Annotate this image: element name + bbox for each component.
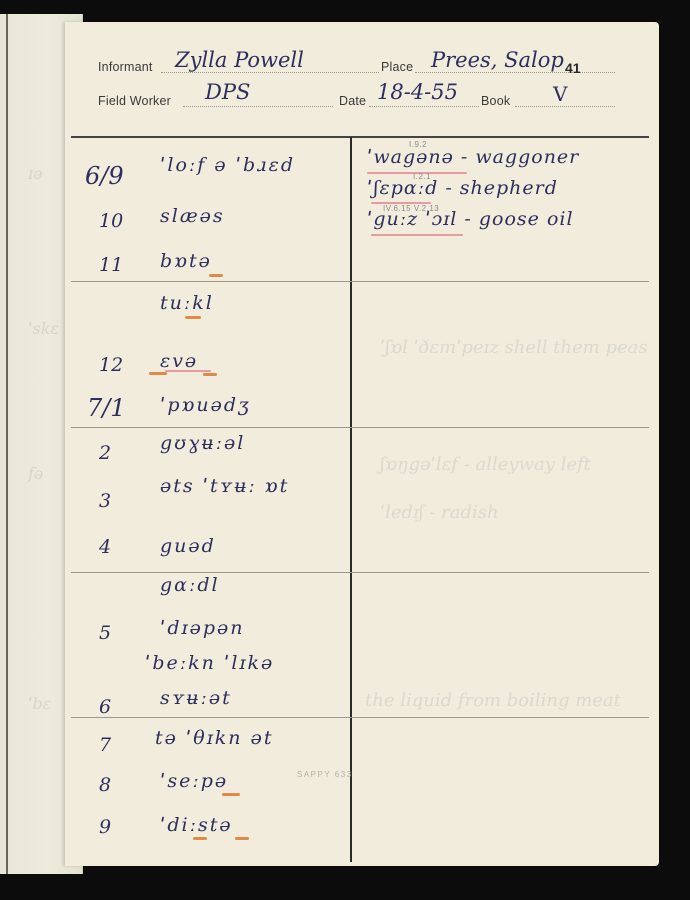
date-line — [369, 106, 479, 107]
note-line: ˈʃɛpɑːd - shepherd — [367, 177, 558, 199]
entry-transcription: ˈpɒuədʒ — [160, 394, 251, 416]
orange-underline — [185, 316, 201, 319]
header-divider — [71, 136, 649, 138]
pink-underline — [165, 370, 211, 372]
entry-number: 3 — [99, 490, 111, 512]
entry-number: 12 — [99, 354, 123, 376]
show-through-text: ɪə — [28, 164, 43, 183]
show-through-text: the liquid from boiling meat — [365, 690, 621, 711]
entry-number: 8 — [99, 774, 111, 796]
note-line: ˈwagənə - waggoner — [367, 146, 579, 168]
entry-transcription: guəd — [160, 535, 216, 557]
entry-transcription: ˈseːpə — [160, 770, 228, 792]
entry-transcription: ˈbeːkn ˈlɪkə — [145, 652, 274, 674]
entry-transcription: ˈdiːstə — [160, 814, 233, 836]
faint-stamp: SAPPY 633 — [297, 770, 353, 779]
field-worker-value: DPS — [205, 80, 250, 104]
notebook-page: Informant Zylla Powell Place Prees, Salo… — [65, 22, 659, 866]
row-divider — [71, 717, 649, 718]
entry-transcription: tə ˈθɪkn ət — [155, 727, 273, 749]
entry-transcription: gɑːdl — [160, 574, 220, 596]
entry-transcription: ˈdɪəpən — [160, 617, 245, 639]
informant-line — [161, 72, 379, 73]
pink-underline — [371, 234, 423, 236]
orange-underline — [235, 837, 249, 840]
entry-transcription: bɒtə — [160, 250, 212, 272]
place-value: Prees, Salop — [431, 48, 564, 72]
entry-transcription: ɛvə — [160, 350, 198, 372]
book-value: V — [553, 82, 567, 106]
entry-transcription: gʊɣʉːəl — [160, 432, 245, 454]
binding-line — [6, 14, 8, 874]
field-worker-line — [183, 106, 333, 107]
entry-number: 5 — [99, 622, 111, 644]
page-header: Informant Zylla Powell Place Prees, Salo… — [65, 22, 659, 137]
entry-number: 11 — [99, 254, 123, 276]
entry-number: 7/1 — [87, 394, 126, 422]
entry-number: 2 — [99, 442, 111, 464]
date-label: Date — [339, 94, 366, 108]
entry-transcription: əts ˈtʏʉː ɒt — [160, 475, 289, 497]
pink-underline — [419, 234, 463, 236]
entry-number: 6/9 — [85, 162, 124, 190]
informant-value: Zylla Powell — [175, 48, 304, 72]
entry-transcription: sʏʉːət — [160, 687, 232, 709]
entry-number: 4 — [99, 536, 111, 558]
show-through-text: ˈbɛ — [28, 694, 51, 713]
show-through-text: ˈledɪʃ - radish — [380, 502, 499, 523]
entry-transcription: ˈloːf ə ˈbɹɛd — [160, 154, 295, 176]
place-label: Place — [381, 60, 413, 74]
place-line — [415, 72, 615, 73]
field-worker-label: Field Worker — [98, 94, 171, 108]
orange-underline — [203, 373, 217, 376]
row-divider — [71, 427, 649, 428]
entry-transcription: slæəs — [160, 205, 225, 227]
orange-underline — [209, 274, 223, 277]
show-through-text: ˈʃɒl ˈðɛmˈpeɪz shell them peas — [380, 337, 648, 358]
date-value: 18-4-55 — [377, 80, 458, 104]
entry-number: 9 — [99, 816, 111, 838]
show-through-text: fə — [28, 464, 43, 483]
entry-number: 6 — [99, 696, 111, 718]
show-through-text: ʃɒŋgəˈlɛf - alleyway left — [380, 454, 591, 475]
orange-underline — [222, 793, 240, 796]
entry-number: 10 — [99, 210, 123, 232]
note-line: ˈguːz ˈɔɪl - goose oil — [367, 208, 574, 230]
book-line — [515, 106, 615, 107]
orange-underline — [149, 372, 167, 375]
book-label: Book — [481, 94, 510, 108]
column-divider — [350, 137, 352, 862]
row-divider — [71, 572, 649, 573]
informant-label: Informant — [98, 60, 153, 74]
entry-transcription: tuːkl — [160, 292, 214, 314]
show-through-text: ˈskɛ — [28, 319, 59, 338]
entry-number: 7 — [99, 734, 111, 756]
row-divider — [71, 281, 649, 282]
orange-underline — [193, 837, 207, 840]
locality-number: 41 — [565, 60, 581, 76]
